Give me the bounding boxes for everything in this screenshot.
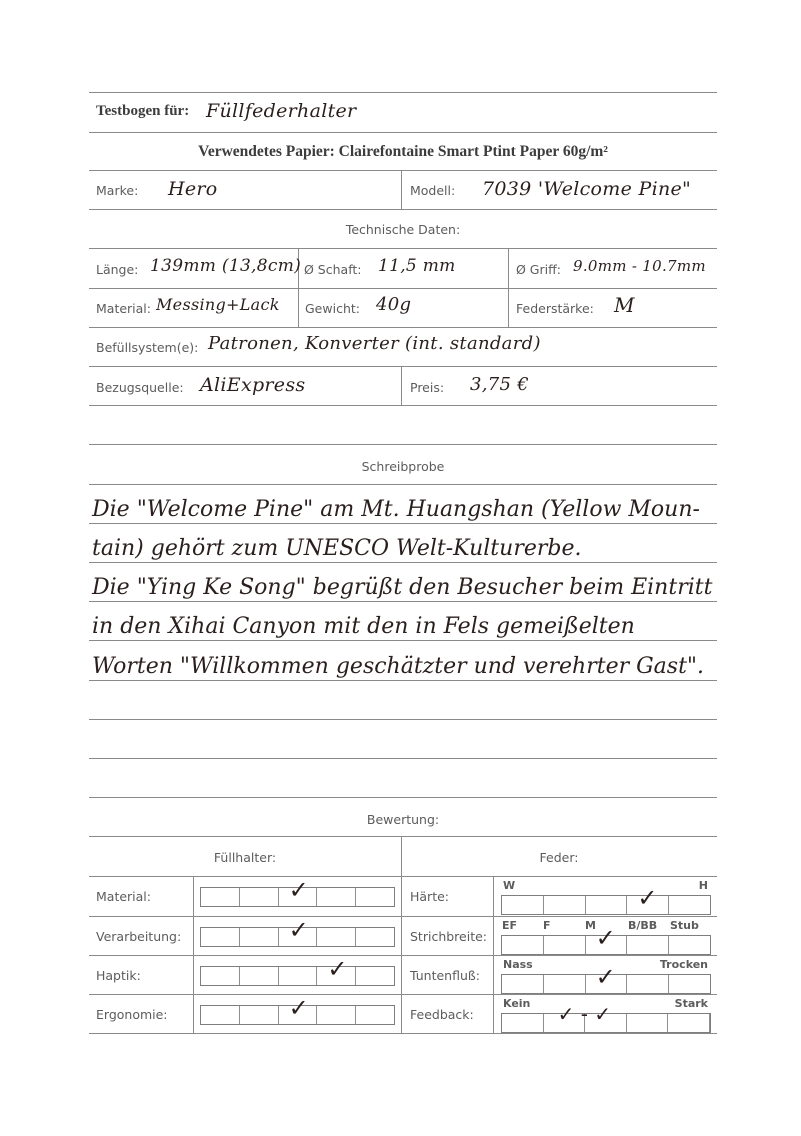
sample-title: Schreibprobe xyxy=(89,459,717,474)
rating-box[interactable] xyxy=(201,928,240,946)
rule xyxy=(89,405,717,406)
rule xyxy=(89,601,717,602)
rule xyxy=(89,366,717,367)
rule xyxy=(89,327,717,328)
rating-box[interactable] xyxy=(201,1006,240,1024)
check-range-icon: ✓ - ✓ xyxy=(558,1004,611,1024)
laenge-value: 139mm (13,8cm) xyxy=(150,256,301,276)
rating-box[interactable] xyxy=(240,888,279,906)
divider xyxy=(401,836,402,1033)
federstaerke-label: Federstärke: xyxy=(516,301,594,316)
preis-label: Preis: xyxy=(410,380,444,395)
rating-box[interactable] xyxy=(669,936,710,954)
rating-box[interactable] xyxy=(356,967,394,985)
scale-left-label: W xyxy=(503,879,515,892)
rating-box[interactable] xyxy=(356,1006,394,1024)
divider xyxy=(401,366,402,405)
model-label: Modell: xyxy=(410,183,455,198)
testbogen-label: Testbogen für: xyxy=(96,103,189,120)
scale-right-label: Trocken xyxy=(660,958,708,971)
material-value: Messing+Lack xyxy=(156,295,280,314)
rating-box[interactable] xyxy=(240,967,279,985)
rating-box[interactable] xyxy=(502,896,544,914)
check-mark-icon: ✓ xyxy=(289,996,309,1020)
scale-label: EF xyxy=(502,919,517,932)
nib-rating-label: Härte: xyxy=(410,889,449,904)
laenge-label: Länge: xyxy=(96,262,138,277)
rule xyxy=(89,132,717,133)
nib-title: Feder: xyxy=(401,850,717,865)
scale-label: Stub xyxy=(670,919,699,932)
rating-box[interactable]: ✓ xyxy=(279,1006,318,1024)
rule xyxy=(89,836,717,837)
rating-box[interactable] xyxy=(544,936,586,954)
sample-line: tain) gehört zum UNESCO Welt-Kulturerbe. xyxy=(92,536,717,561)
divider xyxy=(193,876,194,1033)
rating-box[interactable] xyxy=(356,928,394,946)
tech-title: Technische Daten: xyxy=(89,222,717,237)
rating-box[interactable] xyxy=(668,1014,710,1032)
rating-title: Bewertung: xyxy=(89,812,717,827)
divider xyxy=(493,876,494,1033)
divider xyxy=(508,248,509,327)
rule xyxy=(89,1033,717,1034)
gewicht-label: Gewicht: xyxy=(305,301,360,316)
rule xyxy=(89,562,717,563)
federstaerke-value: M xyxy=(614,293,635,317)
preis-value: 3,75 € xyxy=(470,374,529,395)
rule xyxy=(89,758,717,759)
rating-box[interactable] xyxy=(669,896,710,914)
befuellsystem-value: Patronen, Konverter (int. standard) xyxy=(208,333,541,354)
bezugsquelle-label: Bezugsquelle: xyxy=(96,380,184,395)
rating-box[interactable] xyxy=(627,936,669,954)
testbogen-value: Füllfederhalter xyxy=(206,100,356,122)
nib-scale: ✓ xyxy=(501,974,711,994)
rule xyxy=(89,640,717,641)
nib-scale: ✓ - ✓ xyxy=(501,1013,711,1033)
rating-box[interactable] xyxy=(317,928,356,946)
rating-box[interactable] xyxy=(669,975,710,993)
sample-line: Die "Ying Ke Song" begrüßt den Besucher … xyxy=(92,575,717,600)
scale-right-label: Stark xyxy=(675,997,708,1010)
nib-rating-label: Feedback: xyxy=(410,1007,474,1022)
rating-box[interactable] xyxy=(502,936,544,954)
scale-right-label: H xyxy=(699,879,708,892)
rating-box[interactable] xyxy=(502,975,544,993)
pen-rating-label: Haptik: xyxy=(96,968,141,983)
rule xyxy=(89,523,717,524)
rating-box[interactable] xyxy=(627,975,669,993)
rule xyxy=(89,288,717,289)
rule xyxy=(89,484,717,485)
pen-scale: ✓ xyxy=(200,927,395,947)
nib-rating-label: Tuntenfluß: xyxy=(410,968,480,983)
check-mark-icon: ✓ xyxy=(596,965,616,989)
model-value: 7039 'Welcome Pine" xyxy=(482,178,691,200)
check-mark-icon: ✓ xyxy=(637,886,657,910)
rule xyxy=(89,209,717,210)
rating-box[interactable]: ✓ xyxy=(279,888,318,906)
scale-label: F xyxy=(543,919,551,932)
rating-box[interactable] xyxy=(317,1006,356,1024)
rule xyxy=(89,92,717,93)
schaft-label: Ø Schaft: xyxy=(304,262,362,277)
nib-scale: ✓ xyxy=(501,935,711,955)
pen-rating-label: Ergonomie: xyxy=(96,1007,168,1022)
divider xyxy=(401,170,402,209)
rating-box[interactable] xyxy=(544,975,586,993)
befuellsystem-label: Befüllsystem(e): xyxy=(96,340,198,355)
brand-label: Marke: xyxy=(96,183,138,198)
bezugsquelle-value: AliExpress xyxy=(200,374,305,396)
rating-box[interactable] xyxy=(279,967,318,985)
rating-box[interactable]: ✓ xyxy=(586,975,628,993)
rating-box[interactable]: ✓ xyxy=(586,936,628,954)
check-mark-icon: ✓ xyxy=(327,957,347,981)
rating-box[interactable] xyxy=(586,896,628,914)
rating-box[interactable]: ✓ xyxy=(279,928,318,946)
scale-left-label: Kein xyxy=(503,997,530,1010)
rating-box[interactable] xyxy=(201,967,240,985)
nib-rating-label: Strichbreite: xyxy=(410,929,487,944)
schaft-value: 11,5 mm xyxy=(378,256,456,276)
rule xyxy=(89,170,717,171)
pen-rating-label: Material: xyxy=(96,889,151,904)
scale-label: B/BB xyxy=(628,919,657,932)
griff-label: Ø Griff: xyxy=(516,262,561,277)
pen-rating-label: Verarbeitung: xyxy=(96,929,181,944)
scale-label: M xyxy=(585,919,596,932)
rule xyxy=(89,876,717,877)
rule xyxy=(89,719,717,720)
rule xyxy=(89,994,717,995)
rule xyxy=(89,955,717,956)
rating-box[interactable] xyxy=(627,1014,669,1032)
scale-left-label: Nass xyxy=(503,958,533,971)
rating-box[interactable] xyxy=(240,928,279,946)
pen-scale: ✓ xyxy=(200,966,395,986)
sample-line: in den Xihai Canyon mit den in Fels geme… xyxy=(92,614,717,639)
rating-box[interactable]: ✓ xyxy=(317,967,356,985)
rating-box[interactable] xyxy=(201,888,240,906)
check-mark-icon: ✓ xyxy=(289,878,309,902)
rating-box[interactable] xyxy=(356,888,394,906)
rule xyxy=(89,797,717,798)
pen-scale: ✓ xyxy=(200,887,395,907)
rating-box[interactable] xyxy=(240,1006,279,1024)
rating-box[interactable]: ✓ xyxy=(627,896,669,914)
pen-scale: ✓ xyxy=(200,1005,395,1025)
check-mark-icon: ✓ xyxy=(596,926,616,950)
rule xyxy=(89,916,717,917)
nib-scale: ✓ xyxy=(501,895,711,915)
rule xyxy=(89,248,717,249)
pen-title: Füllhalter: xyxy=(89,850,401,865)
rating-box[interactable] xyxy=(502,1014,544,1032)
sample-line: Die "Welcome Pine" am Mt. Huangshan (Yel… xyxy=(92,497,717,522)
brand-value: Hero xyxy=(168,178,218,200)
gewicht-value: 40g xyxy=(376,294,411,315)
rating-box[interactable] xyxy=(544,896,586,914)
material-label: Material: xyxy=(96,301,151,316)
paper-line: Verwendetes Papier: Clairefontaine Smart… xyxy=(89,143,717,161)
check-mark-icon: ✓ xyxy=(289,918,309,942)
rating-box[interactable] xyxy=(317,888,356,906)
griff-value: 9.0mm - 10.7mm xyxy=(573,257,706,275)
rule xyxy=(89,680,717,681)
rule xyxy=(89,444,717,445)
sample-line: Worten "Willkommen geschätzter und vereh… xyxy=(92,654,717,679)
